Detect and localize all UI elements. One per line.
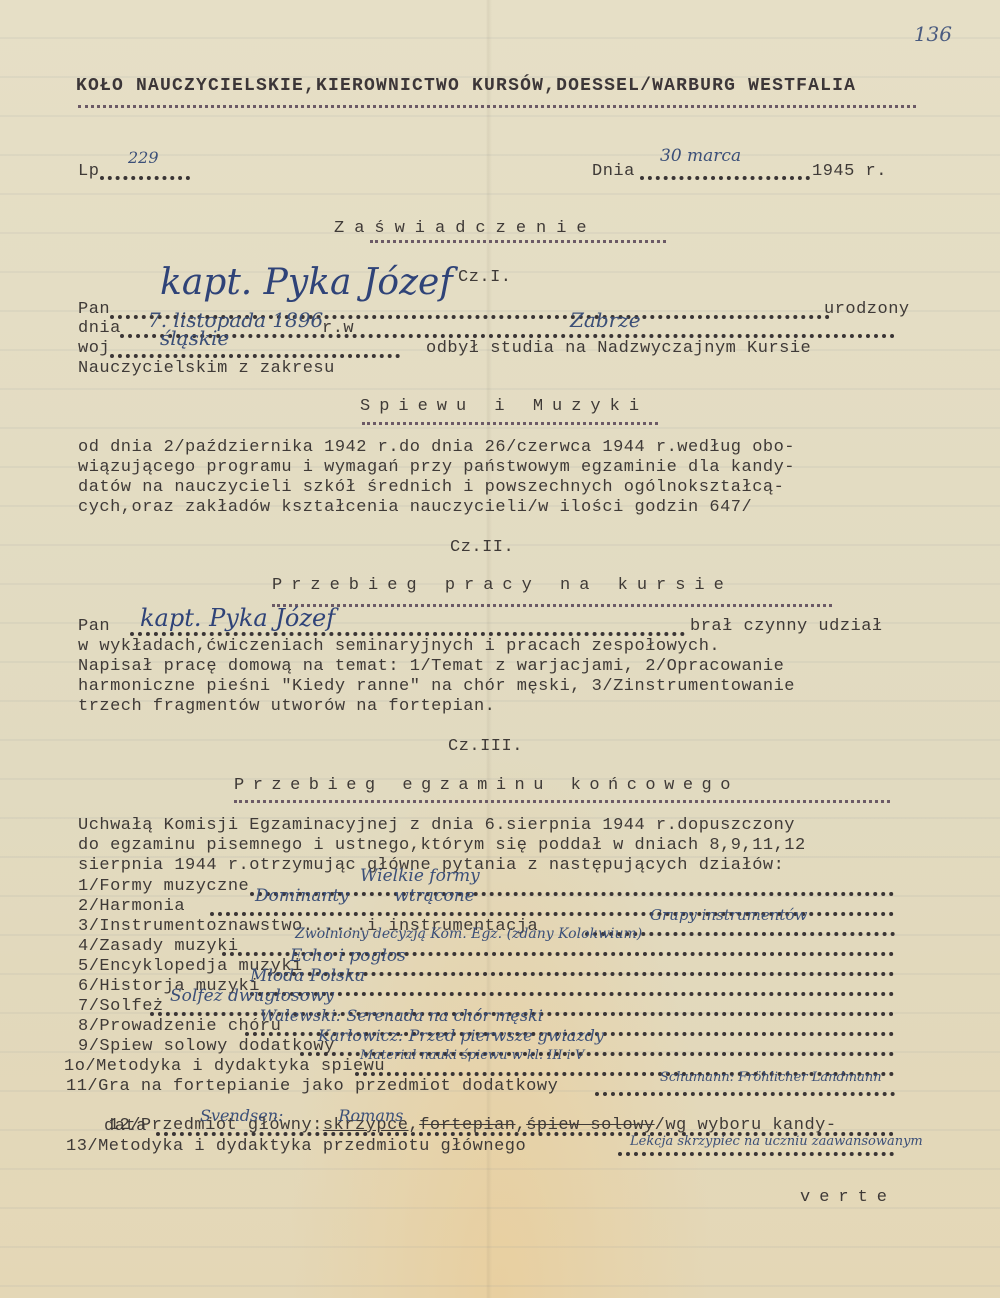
- exam-item-label: 9/Spiew solowy dodatkowy: [78, 1037, 335, 1056]
- date-value: 30 marca: [660, 146, 741, 166]
- studies-text-2: Nauczycielskim z zakresu: [78, 359, 335, 378]
- document-title: Zaświadczenie: [334, 219, 597, 238]
- verte-label: verte: [800, 1188, 896, 1207]
- exam-item-dots: [618, 1152, 894, 1156]
- dnia-label: dnia: [78, 319, 121, 338]
- rw-label: r.w: [322, 319, 354, 338]
- lp-label: Lp: [78, 162, 99, 181]
- exam-item-answer: Dominanty wtrącone: [255, 886, 475, 906]
- studies-text: odbył studia na Nadzwyczajnym Kursie: [426, 339, 811, 358]
- exam-item-answer: Wielkie formy: [360, 866, 480, 886]
- exam-item-answer: Svendsen: Romans: [200, 1106, 403, 1125]
- exam-item-label: 4/Zasady muzyki: [78, 937, 239, 956]
- subject-underline: [362, 422, 658, 425]
- part2-name: kapt. Pyka Józef: [140, 604, 335, 632]
- page-number: 136: [914, 22, 952, 46]
- exam-item-answer: Materiał nauki śpiewu w kl. III i V: [360, 1048, 584, 1063]
- exam-item-answer: Karłowicz: Przed pierwsze gwiazdy: [318, 1026, 604, 1045]
- header-underline: [78, 105, 916, 108]
- subject-title: Spiewu i Muzyki: [360, 397, 648, 416]
- part2-pan-dots: [130, 632, 685, 636]
- woj-label: woj: [78, 339, 110, 358]
- part2-line-4: trzech fragmentów utworów na fortepian.: [78, 697, 495, 716]
- exam-item-answer: Schumann: Fröhlicher Landmann: [660, 1070, 882, 1085]
- exam-item-answer: Młoda Polska: [250, 966, 365, 986]
- dnia-dots: [120, 334, 895, 338]
- lp-value: 229: [128, 148, 159, 167]
- participation-text: brał czynny udział: [690, 617, 883, 636]
- part2-line-3: harmoniczne pieśni "Kiedy ranne" na chór…: [78, 677, 795, 696]
- exam-item-label: 11/Gra na fortepianie jako przedmiot dod…: [66, 1077, 558, 1096]
- part2-line-1: w wykładach,ćwiczeniach seminaryjnych i …: [78, 637, 720, 656]
- exam-item-dots: [595, 1092, 895, 1096]
- part1-heading: Cz.I.: [458, 268, 512, 287]
- lp-dots: [100, 176, 190, 180]
- title-underline: [370, 240, 666, 243]
- date-year: 1945 r.: [812, 162, 887, 181]
- date-dots: [640, 176, 810, 180]
- part3-heading: Cz.III.: [448, 737, 523, 756]
- exam-item-label: 1/Formy muzyczne: [78, 877, 249, 896]
- part3-underline: [234, 800, 890, 803]
- pan-label: Pan: [78, 300, 110, 319]
- exam-item-label: 2/Harmonia: [78, 897, 185, 916]
- part2-underline: [272, 604, 832, 607]
- exam-item-answer: Zwolniony decyzją Kom. Egz. (zdany Kolok…: [295, 926, 642, 942]
- part1-name: kapt. Pyka Józef: [160, 262, 453, 303]
- period-line-1: od dnia 2/października 1942 r.do dnia 26…: [78, 438, 795, 457]
- exam-item-label: data: [104, 1117, 147, 1136]
- exam-item-label: 13/Metodyka i dydaktyka przedmiotu główn…: [66, 1137, 526, 1156]
- exam-item-answer: Solfeż dwugłosowy: [170, 986, 334, 1006]
- birth-place: Zabrze: [570, 308, 641, 332]
- part2-line-2: Napisał pracę domową na temat: 1/Temat z…: [78, 657, 784, 676]
- organization-header: KOŁO NAUCZYCIELSKIE,KIEROWNICTWO KURSÓW,…: [76, 76, 856, 96]
- period-line-3: datów na nauczycieli szkół średnich i po…: [78, 478, 784, 497]
- part3-intro-1: Uchwałą Komisji Egzaminacyjnej z dnia 6.…: [78, 816, 795, 835]
- part2-heading: Cz.II.: [450, 538, 514, 557]
- urodzony-label: urodzony: [824, 300, 910, 319]
- exam-item-dots: [250, 992, 894, 996]
- part3-title: Przebieg egzaminu końcowego: [234, 776, 739, 795]
- period-line-2: wiązującego programu i wymagań przy pańs…: [78, 458, 795, 477]
- exam-item-label: 1o/Metodyka i dydaktyka spiewu: [64, 1057, 385, 1076]
- part2-pan-label: Pan: [78, 617, 110, 636]
- exam-item-answer: Echo i pogłos: [290, 946, 406, 966]
- part3-intro-2: do egzaminu pisemnego i ustnego,którym s…: [78, 836, 806, 855]
- exam-item-answer: Grupy instrumentów: [650, 906, 807, 924]
- woj-dots: [110, 354, 400, 358]
- exam-item-answer: Lekcja skrzypiec na uczniu zaawansowanym: [630, 1134, 923, 1149]
- exam-item-answer: Walewski: Serenada na chór męski: [260, 1006, 543, 1025]
- period-line-4: cych,oraz zakładów kształcenia nauczycie…: [78, 498, 752, 517]
- voivodeship: śląskie: [160, 326, 229, 350]
- date-label: Dnia: [592, 162, 635, 181]
- part2-title: Przebieg pracy na kursie: [272, 576, 733, 595]
